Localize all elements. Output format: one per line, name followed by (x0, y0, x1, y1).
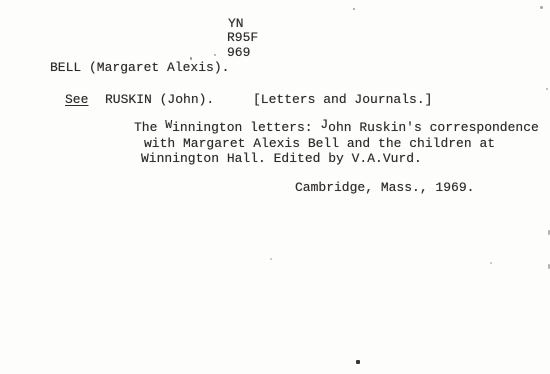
note-line-1-post: ohn Ruskin's correspondence (328, 120, 539, 135)
call-number-line-2: R95F (227, 31, 258, 45)
note-line-1-pre: The (134, 120, 165, 135)
ink-speck (190, 57, 192, 60)
ink-speck (490, 262, 492, 264)
call-number-line-1: YN (228, 17, 244, 31)
see-work: [Letters and Journals.] (253, 93, 432, 107)
ink-speck (356, 360, 360, 364)
main-entry-heading: BELL (Margaret Alexis). (50, 61, 229, 75)
note-line-2: with Margaret Alexis Bell and the childr… (144, 137, 495, 151)
ink-speck (540, 6, 543, 9)
note-line-3: Winnington Hall. Edited by V.A.Vurd. (141, 152, 422, 166)
library-catalog-card: YN R95F 969 BELL (Margaret Alexis). See … (0, 0, 550, 374)
note-line-1-mid: innington letters: (172, 120, 320, 135)
raised-letter-w: W (165, 119, 172, 132)
see-target: RUSKIN (John). (105, 93, 214, 107)
call-number-line-3: 969 (227, 46, 250, 60)
see-label: See (65, 93, 88, 107)
raised-letter-j: J (320, 117, 328, 132)
ink-speck (270, 258, 272, 260)
ink-speck (214, 54, 216, 56)
ink-speck (353, 8, 355, 10)
note-line-1: The Winnington letters: John Ruskin's co… (134, 121, 539, 136)
ink-speck (546, 88, 548, 90)
imprint-line: Cambridge, Mass., 1969. (295, 181, 474, 195)
